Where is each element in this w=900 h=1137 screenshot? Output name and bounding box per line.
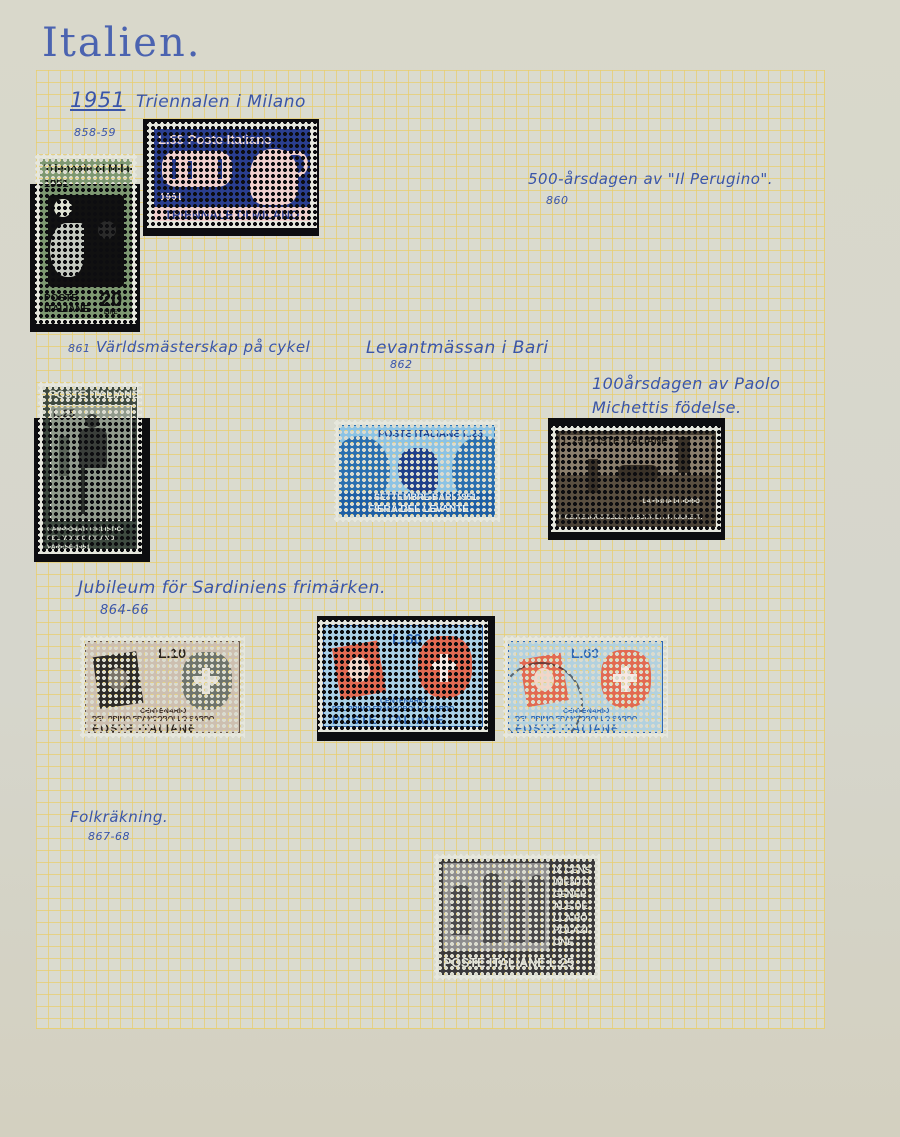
stamp-year: 1951: [160, 193, 182, 203]
stamp-sardinia-60-lire-mint[interactable]: L.60 CENTENARIO DEL PRIMO FRANCOBOLLO SA…: [318, 620, 488, 732]
stamp-value: L.25: [53, 409, 75, 420]
ship-artwork: [398, 448, 438, 492]
section-title-census: Folkräkning.: [70, 808, 168, 826]
stamp-bottom-text: POSTE ITALIANE: [332, 714, 444, 726]
stamp-census[interactable]: IX CENSIMENTO GENERALE DELLA POPOLAZIONE…: [434, 854, 600, 980]
stamp-value: L.60: [392, 632, 422, 647]
stamp-side-text: IX CENSIMENTO GENERALE DELLA POPOLAZIONE: [553, 865, 593, 949]
stamp-michetti-centenary[interactable]: L.25 POSTE ITALIANE "LA FIGLIA DI JORIO"…: [551, 426, 721, 532]
coat-of-arms: [418, 636, 472, 698]
stamp-line1: CENTENARIO: [380, 698, 426, 705]
stamp-bottom-text: CAMPIONATI CICLISTICI DEL MONDO-MILANO-V…: [47, 525, 135, 549]
stamp-unit: LIRE: [104, 310, 118, 316]
stamp-bottom-text: POSTE ITALIANE: [515, 724, 619, 733]
stamp-top-text: Triennale di Milano: [44, 164, 132, 175]
stamp-caption: "LA FIGLIA DI JORIO": [640, 499, 703, 505]
section-year: 1951: [70, 88, 125, 112]
catalog-number-perugino: 860: [546, 194, 569, 207]
stamp-line1: CENTENARIO: [140, 708, 186, 715]
page-heading: Italien.: [42, 20, 201, 66]
cyclist-artwork: [50, 405, 132, 521]
section-title-perugino: 500-årsdagen av "Il Perugino".: [528, 170, 773, 188]
stamp-cycling-championship[interactable]: POSTE ITALIANE L.25 CAMPIONATI CICLISTIC…: [38, 382, 142, 554]
stamp-line2: DEL PRIMO FRANCOBOLLO SARDO: [515, 716, 637, 723]
stamp-top-text: POSTE ITALIANE: [49, 390, 137, 401]
catalog-number-bari: 862: [390, 358, 413, 371]
stamp-top-text: L.55 Poste Italiane: [158, 133, 271, 146]
section-title-bari: Levantmässan i Bari: [366, 338, 549, 358]
sardinian-stamp-artwork: [332, 640, 386, 699]
section-title-sardinia: Jubileum för Sardiniens frimärken.: [78, 578, 386, 598]
stamp-triennale-55-lire[interactable]: L.55 Poste Italiane 1951 TRIENNALE DI MI…: [147, 122, 317, 228]
stamp-bottom-text: POSTE ITALIANE: [92, 724, 196, 733]
catalog-number-triennale: 858-59: [74, 126, 116, 139]
section-title-triennale: Triennalen i Milano: [136, 92, 306, 112]
stamp-bari-fiera-del-levante[interactable]: POSTE ITALIANE L.25 SETTEMBRE BARI 1951 …: [334, 420, 500, 522]
stamp-sardinia-60-lire-used[interactable]: L.60 CENTENARIO DEL PRIMO FRANCOBOLLO SA…: [503, 636, 668, 738]
stamp-sardinia-10-lire[interactable]: L.10 CENTENARIO DEL PRIMO FRANCOBOLLO SA…: [80, 636, 245, 738]
section-title-michetti: 100årsdagen av Paolo Michettis födelse.: [592, 372, 792, 420]
stamp-line2: DEL PRIMO FRANCOBOLLO SARDO: [332, 706, 454, 713]
stamp-top-text: POSTE ITALIANE L.25: [378, 430, 483, 440]
catalog-number-census: 867-68: [88, 830, 130, 843]
stamp-bottom-text: I° CENTENARIO DELLA NASCITA DI F.P. MICH…: [559, 515, 702, 521]
stamp-value: L.10: [158, 646, 186, 660]
stamp-bottom-text: TRIENNALE DI MILANO: [154, 207, 310, 223]
catalog-number-sardinia: 864-66: [100, 603, 149, 618]
stamp-middle-text: SETTEMBRE BARI 1951: [374, 493, 477, 502]
hieroglyph-cartouche: [162, 151, 232, 187]
vase-artwork: [48, 195, 124, 287]
stamp-value: 20: [100, 290, 122, 310]
relief-artwork: [443, 863, 549, 951]
stamp-bottom-text: FIERA DEL LEVANTE: [368, 505, 469, 515]
coat-of-arms: [601, 650, 651, 708]
stamp-value: L.60: [571, 646, 599, 660]
coat-of-arms: [182, 652, 232, 710]
section-title-cycling: Världsmästerskap på cykel: [96, 338, 310, 356]
stamp-line1: CENTENARIO: [563, 708, 609, 715]
stamp-triennale-20-lire[interactable]: Triennale di Milano 1951 POSTE ITALIANE …: [35, 154, 137, 324]
stamp-year: 1951: [44, 179, 68, 190]
stamp-top-text: L.25 POSTE ITALIANE: [563, 437, 668, 447]
stamp-bottom-text: POSTE ITALIANE L.25: [443, 957, 574, 970]
stamp-bottom-text: POSTE ITALIANE: [44, 293, 94, 315]
sardinian-stamp-artwork: [93, 651, 144, 709]
stamp-line2: DEL PRIMO FRANCOBOLLO SARDO: [92, 716, 214, 723]
catalog-number-cycling: 861: [68, 342, 91, 355]
